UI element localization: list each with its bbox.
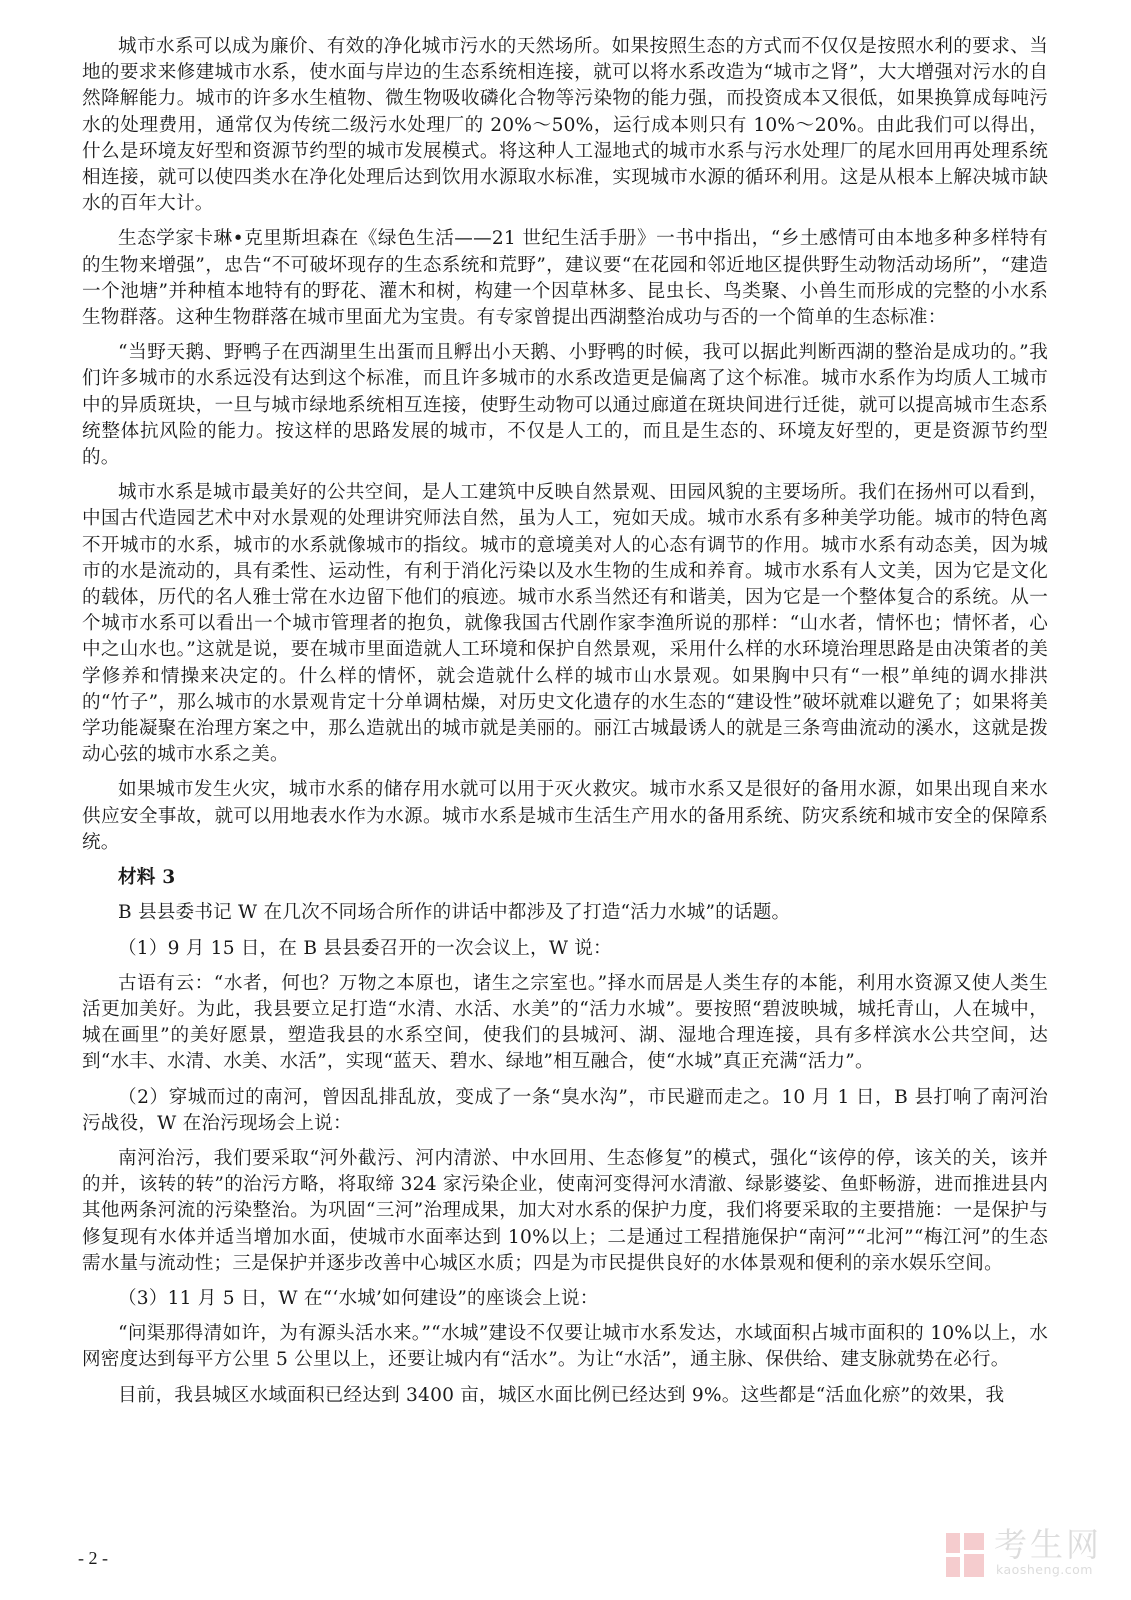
watermark-brand-cn: 考生网 (994, 1527, 1102, 1563)
section-heading-material-3: 材料 3 (82, 865, 1048, 891)
paragraph-speech-1-header: （1）9 月 15 日，在 B 县县委召开的一次会议上，W 说： (82, 936, 1048, 962)
paragraph-speech-1-body: 古语有云：“水者，何也？万物之本原也，诸生之宗室也。”择水而居是人类生存的本能，… (82, 971, 1048, 1076)
kaosheng-logo-icon (946, 1533, 986, 1577)
paragraph-ecologist-quote: 生态学家卡琳•克里斯坦森在《绿色生活——21 世纪生活手册》一书中指出，“乡土感… (82, 226, 1048, 331)
paragraph-speech-3-body: “问渠那得清如许，为有源头活水来。”“水城”建设不仅要让城市水系发达，水域面积占… (82, 1321, 1048, 1373)
paragraph-speech-2-header: （2）穿城而过的南河，曾因乱排乱放，变成了一条“臭水沟”，市民避而走之。10 月… (82, 1085, 1048, 1137)
paragraph-disaster-backup: 如果城市发生火灾，城市水系的储存用水就可以用于灭火救灾。城市水系又是很好的备用水… (82, 777, 1048, 856)
paragraph-speech-3-header: （3）11 月 5 日，W 在“‘水城’如何建设”的座谈会上说： (82, 1286, 1048, 1312)
paragraph-west-lake-standard: “当野天鹅、野鸭子在西湖里生出蛋而且孵出小天鹅、小野鸭的时候，我可以据此判断西湖… (82, 340, 1048, 471)
watermark-brand-en: kaosheng.com (996, 1562, 1093, 1577)
kaosheng-watermark: 考生网 kaosheng.com (946, 1531, 1116, 1581)
paragraph-aesthetic-function: 城市水系是城市最美好的公共空间，是人工建筑中反映自然景观、田园风貌的主要场所。我… (82, 480, 1048, 768)
page-number: - 2 - (78, 1548, 108, 1569)
paragraph-urban-water-purification: 城市水系可以成为廉价、有效的净化城市污水的天然场所。如果按照生态的方式而不仅仅是… (82, 34, 1048, 217)
paragraph-material-3-intro: B 县县委书记 W 在几次不同场合所作的讲话中都涉及了打造“活力水城”的话题。 (82, 900, 1048, 926)
paragraph-current-status: 目前，我县城区水域面积已经达到 3400 亩，城区水面比例已经达到 9%。这些都… (82, 1383, 1048, 1409)
document-body: 城市水系可以成为廉价、有效的净化城市污水的天然场所。如果按照生态的方式而不仅仅是… (82, 34, 1048, 1418)
paragraph-speech-2-body: 南河治污，我们要采取“河外截污、河内清淤、中水回用、生态修复”的模式，强化“该停… (82, 1146, 1048, 1277)
